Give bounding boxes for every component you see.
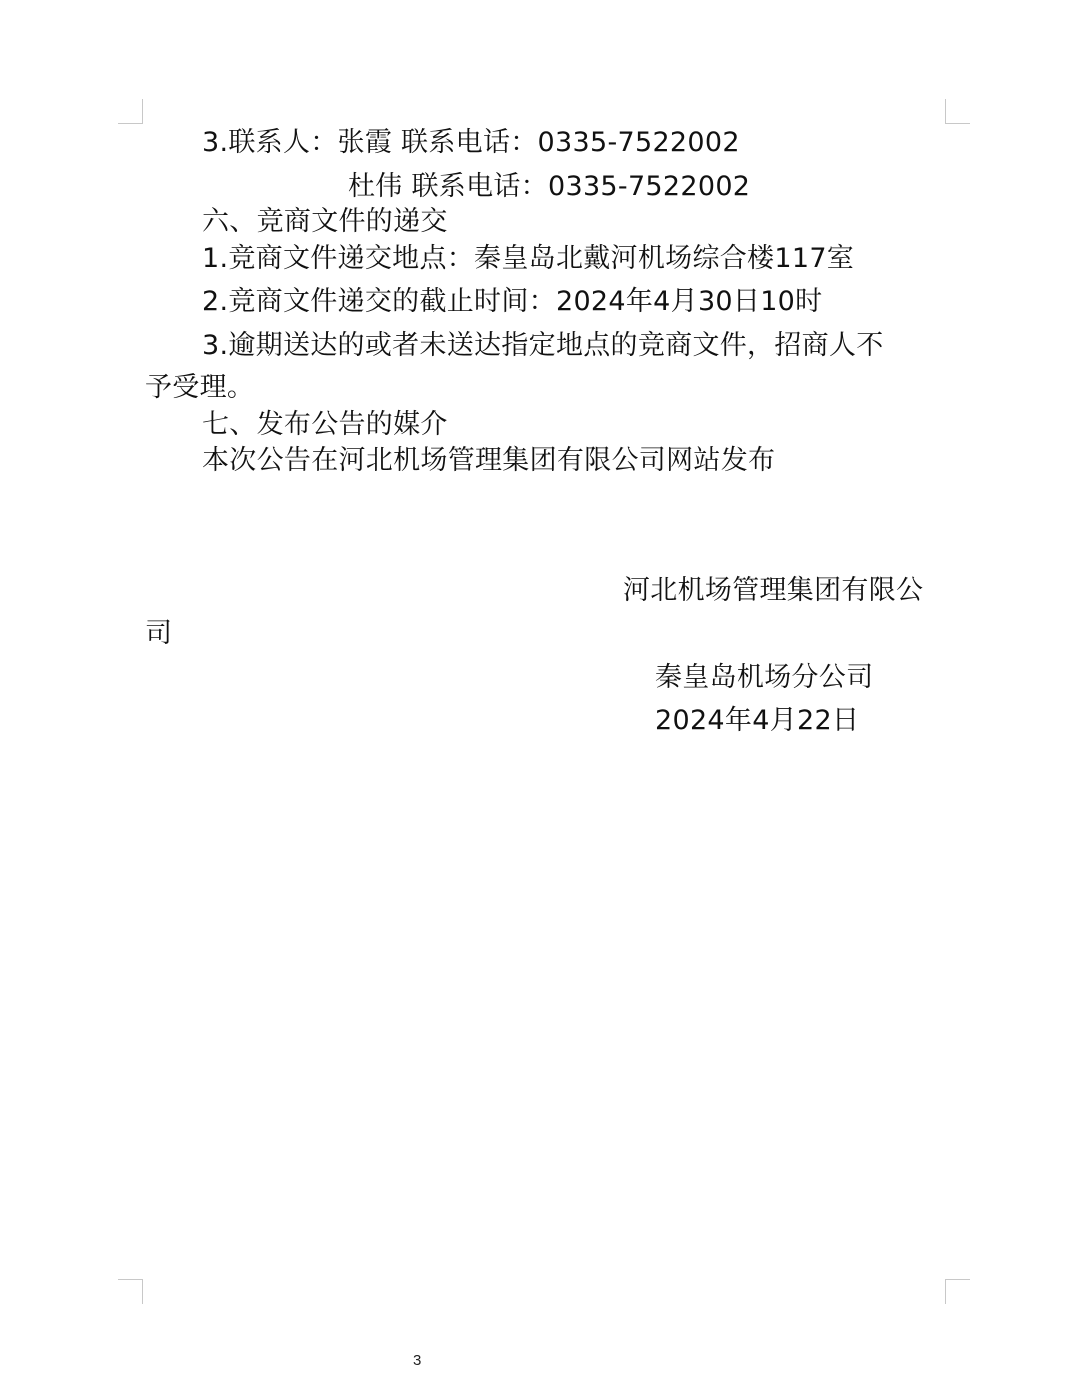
signature-branch: 秦皇岛机场分公司	[655, 661, 873, 695]
submission-deadline: 2.竞商文件递交的截止时间：2024年4月30日10时	[202, 285, 822, 319]
crop-mark-bottom-right	[945, 1279, 970, 1304]
signature-date: 2024年4月22日	[655, 704, 859, 738]
contact-line-1: 3.联系人：张霞 联系电话：0335-7522002	[202, 126, 740, 160]
contact-line-2: 杜伟 联系电话：0335-7522002	[348, 170, 750, 204]
submission-location: 1.竞商文件递交地点：秦皇岛北戴河机场综合楼117室	[202, 242, 854, 276]
signature-org-line1: 河北机场管理集团有限公	[623, 574, 923, 608]
signature-org-line2: 司	[145, 617, 172, 651]
crop-mark-bottom-left	[118, 1279, 143, 1304]
crop-mark-top-left	[118, 99, 143, 124]
section-heading-submission: 六、竞商文件的递交	[202, 205, 448, 239]
section-heading-media: 七、发布公告的媒介	[202, 408, 448, 442]
late-submission-note-cont: 予受理。	[145, 371, 254, 405]
crop-mark-top-right	[945, 99, 970, 124]
document-page: 3.联系人：张霞 联系电话：0335-7522002 杜伟 联系电话：0335-…	[0, 0, 1072, 1396]
media-statement: 本次公告在河北机场管理集团有限公司网站发布	[202, 444, 775, 478]
late-submission-note: 3.逾期送达的或者未送达指定地点的竞商文件，招商人不	[202, 329, 884, 363]
page-number: 3	[413, 1351, 421, 1371]
